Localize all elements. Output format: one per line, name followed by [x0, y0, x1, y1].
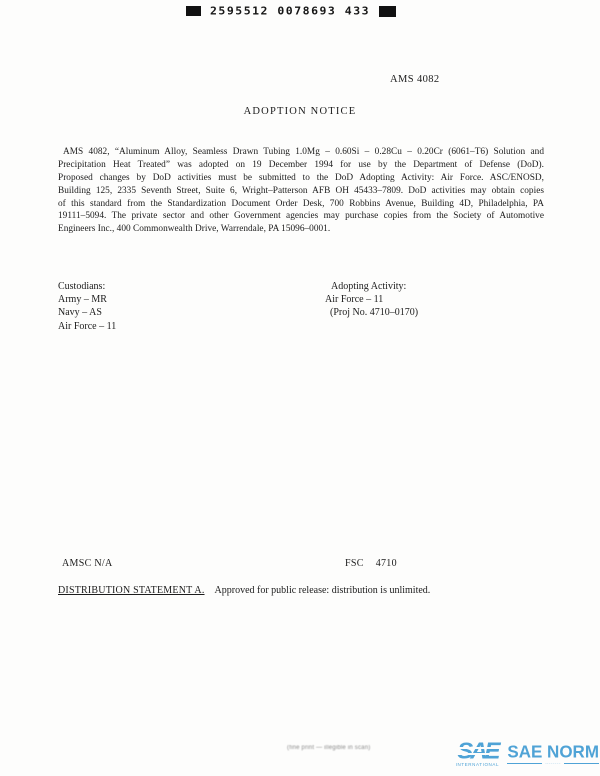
document-page: 2595512 0078693 433 AMS 4082 ADOPTION NO…: [0, 0, 600, 776]
sae-norm-logo: SAE INTERNATIONAL SAE NORM ········: [452, 741, 599, 767]
body-paragraph: AMS 4082, “Aluminum Alloy, Seamless Draw…: [58, 146, 544, 236]
distribution-label: DISTRIBUTION STATEMENT A.: [58, 585, 205, 596]
sae-norm-text: SAE NORM: [507, 743, 599, 761]
body-line: of this standard from the Standardizatio…: [58, 198, 544, 211]
adopting-activity-block: Adopting Activity: Air Force – 11 (Proj …: [325, 280, 418, 320]
custodians-heading: Custodians:: [58, 280, 116, 293]
sae-logo-letters: SAE: [452, 742, 502, 762]
sae-logo-stripe: [452, 753, 502, 755]
adopting-activity-name: Air Force – 11: [325, 293, 418, 306]
doc-number: AMS 4082: [390, 74, 440, 85]
body-line: AMS 4082, “Aluminum Alloy, Seamless Draw…: [58, 146, 544, 159]
barcode-block-left: [186, 6, 201, 16]
custodian-item: Army – MR: [58, 293, 116, 306]
sae-norm-subline: ········: [507, 761, 599, 766]
custodian-item: Air Force – 11: [58, 320, 116, 333]
body-line: 19111–5094. The private sector and other…: [58, 210, 544, 223]
accession-number: 2595512 0078693 433: [210, 5, 370, 18]
body-line: Building 125, 2335 Seventh Street, Suite…: [58, 185, 544, 198]
footer-fine-print: (fine print — illegible in scan): [287, 745, 427, 751]
custodians-block: Custodians: Army – MR Navy – AS Air Forc…: [58, 280, 116, 333]
amsc-code: AMSC N/A: [62, 558, 112, 569]
custodian-item: Navy – AS: [58, 306, 116, 319]
adopting-activity-project: (Proj No. 4710–0170): [325, 306, 418, 319]
sae-logo-icon: SAE INTERNATIONAL: [452, 741, 502, 767]
adopting-activity-heading: Adopting Activity:: [325, 280, 418, 293]
fsc-value: 4710: [376, 558, 397, 569]
page-title: ADOPTION NOTICE: [0, 106, 600, 117]
body-line: Engineers Inc., 400 Commonwealth Drive, …: [58, 223, 544, 236]
barcode-block-right: [379, 6, 396, 17]
body-line: Proposed changes by DoD activities must …: [58, 172, 544, 185]
body-line: Precipitation Heat Treated” was adopted …: [58, 159, 544, 172]
distribution-statement: DISTRIBUTION STATEMENT A.Approved for pu…: [58, 585, 558, 596]
fsc-label: FSC: [345, 558, 364, 569]
distribution-text: Approved for public release: distributio…: [215, 585, 431, 596]
fsc-code: FSC4710: [345, 558, 397, 569]
sae-norm-wordmark: SAE NORM ········: [507, 741, 599, 766]
accession-line: 2595512 0078693 433: [186, 4, 396, 18]
sae-logo-stripe: [452, 747, 502, 749]
